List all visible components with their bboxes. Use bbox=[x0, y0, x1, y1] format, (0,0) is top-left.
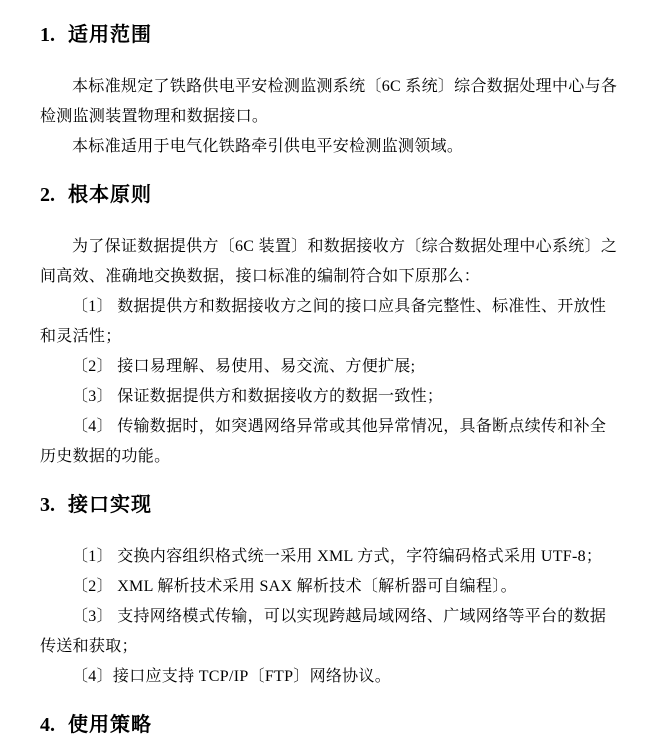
text-line: 和灵活性； bbox=[40, 322, 608, 352]
section-1-number: 1. bbox=[40, 22, 55, 48]
list-item-line: 〔3〕 支持网络模式传输，可以实现跨越局域网络、广域网络等平台的数据 bbox=[40, 602, 608, 632]
text-line: 间高效、准确地交换数据，接口标准的编制符合如下原那么： bbox=[40, 262, 608, 292]
text-line: 为了保证数据提供方〔6C 装置〕和数据接收方〔综合数据处理中心系统〕之 bbox=[40, 232, 608, 262]
section-3-heading: 3.接口实现 bbox=[40, 492, 608, 518]
list-item-line: 〔2〕 接口易理解、易使用、易交流、方便扩展; bbox=[40, 352, 608, 382]
document-page: 1.适用范围 本标准规定了铁路供电平安检测监测系统〔6C 系统〕综合数据处理中心… bbox=[0, 0, 646, 750]
list-item-line: 〔4〕接口应支持 TCP/IP〔FTP〕网络协议。 bbox=[40, 662, 608, 692]
section-3-title: 接口实现 bbox=[68, 494, 152, 516]
list-item-line: 〔3〕 保证数据提供方和数据接收方的数据一致性； bbox=[40, 382, 608, 412]
list-item-line: 〔4〕 传输数据时，如突遇网络异常或其他异常情况，具备断点续传和补全 bbox=[40, 412, 608, 442]
section-2-title: 根本原则 bbox=[68, 184, 152, 206]
section-4-number: 4. bbox=[40, 712, 55, 738]
section-1-title: 适用范围 bbox=[68, 24, 152, 46]
section-2-heading: 2.根本原则 bbox=[40, 182, 608, 208]
list-item-line: 〔1〕 交换内容组织格式统一采用 XML 方式，字符编码格式采用 UTF-8； bbox=[40, 542, 608, 572]
section-3-number: 3. bbox=[40, 492, 55, 518]
section-1-heading: 1.适用范围 bbox=[40, 22, 608, 48]
list-item-line: 〔2〕 XML 解析技术采用 SAX 解析技术〔解析器可自编程〕。 bbox=[40, 572, 608, 602]
section-2-number: 2. bbox=[40, 182, 55, 208]
section-4-heading: 4.使用策略 bbox=[40, 712, 608, 738]
text-line: 本标准规定了铁路供电平安检测监测系统〔6C 系统〕综合数据处理中心与各 bbox=[40, 72, 608, 102]
section-1-body: 本标准规定了铁路供电平安检测监测系统〔6C 系统〕综合数据处理中心与各 检测监测… bbox=[40, 72, 608, 162]
text-line: 传送和获取； bbox=[40, 632, 608, 662]
text-line: 检测监测装置物理和数据接口。 bbox=[40, 102, 608, 132]
section-4-title: 使用策略 bbox=[68, 714, 152, 736]
text-line: 本标准适用于电气化铁路牵引供电平安检测监测领域。 bbox=[40, 132, 608, 162]
text-line: 历史数据的功能。 bbox=[40, 442, 608, 472]
section-3-body: 〔1〕 交换内容组织格式统一采用 XML 方式，字符编码格式采用 UTF-8； … bbox=[40, 542, 608, 692]
list-item-line: 〔1〕 数据提供方和数据接收方之间的接口应具备完整性、标准性、开放性 bbox=[40, 292, 608, 322]
section-2-body: 为了保证数据提供方〔6C 装置〕和数据接收方〔综合数据处理中心系统〕之 间高效、… bbox=[40, 232, 608, 472]
